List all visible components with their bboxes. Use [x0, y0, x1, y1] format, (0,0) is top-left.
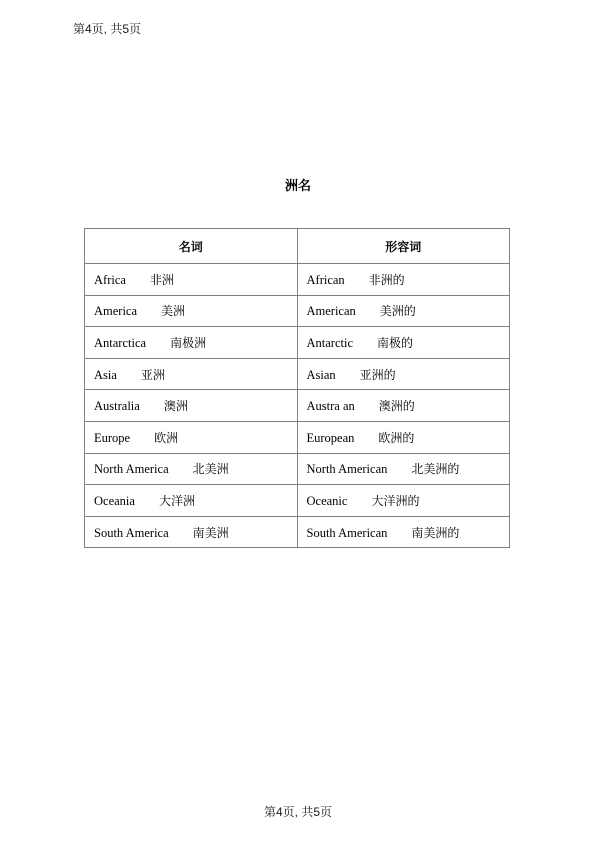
adjective-chinese: 欧洲的	[378, 431, 414, 445]
table-row: Europe欧洲 European欧洲的	[85, 421, 510, 453]
noun-chinese: 南极洲	[170, 336, 206, 350]
noun-chinese: 美洲	[161, 304, 185, 318]
noun-english: Australia	[94, 399, 140, 413]
noun-cell: South America南美洲	[85, 516, 298, 548]
adjective-chinese: 亚洲的	[360, 368, 396, 382]
adjective-cell: Austra an澳洲的	[297, 390, 510, 422]
noun-english: Asia	[94, 368, 117, 382]
continents-table: 名词 形容词 Africa非洲 African非洲的 America美洲 Ame…	[84, 228, 510, 548]
table-header-row: 名词 形容词	[85, 229, 510, 264]
noun-cell: North America北美洲	[85, 453, 298, 485]
table-row: Africa非洲 African非洲的	[85, 264, 510, 296]
noun-chinese: 北美洲	[193, 462, 229, 476]
noun-chinese: 欧洲	[154, 431, 178, 445]
noun-chinese: 澳洲	[164, 399, 188, 413]
noun-cell: Australia澳洲	[85, 390, 298, 422]
adjective-cell: Oceanic大洋洲的	[297, 485, 510, 517]
table-row: North America北美洲 North American北美洲的	[85, 453, 510, 485]
adjective-cell: Asian亚洲的	[297, 358, 510, 390]
adjective-cell: American美洲的	[297, 295, 510, 327]
adjective-english: Austra an	[307, 399, 355, 413]
table-row: Australia澳洲 Austra an澳洲的	[85, 390, 510, 422]
noun-english: America	[94, 304, 137, 318]
noun-english: Antarctica	[94, 336, 146, 350]
adjective-english: European	[307, 431, 355, 445]
noun-chinese: 非洲	[150, 273, 174, 287]
adjective-english: Asian	[307, 368, 336, 382]
adjective-english: Oceanic	[307, 494, 348, 508]
table-header: 名词 形容词	[85, 229, 510, 264]
adjective-chinese: 南美洲的	[411, 526, 459, 540]
column-header-adjective: 形容词	[297, 229, 510, 264]
document-title: 洲名	[0, 175, 596, 194]
adjective-cell: European欧洲的	[297, 421, 510, 453]
adjective-chinese: 北美洲的	[411, 462, 459, 476]
adjective-english: Antarctic	[307, 336, 354, 350]
noun-cell: Europe欧洲	[85, 421, 298, 453]
table-row: Oceania大洋洲 Oceanic大洋洲的	[85, 485, 510, 517]
noun-chinese: 南美洲	[193, 526, 229, 540]
noun-cell: Asia亚洲	[85, 358, 298, 390]
table-row: America美洲 American美洲的	[85, 295, 510, 327]
noun-english: Oceania	[94, 494, 135, 508]
table-row: Antarctica南极洲 Antarctic南极的	[85, 327, 510, 359]
page-number-footer: 第4页, 共5页	[0, 803, 596, 820]
noun-cell: Africa非洲	[85, 264, 298, 296]
adjective-chinese: 大洋洲的	[371, 494, 419, 508]
adjective-chinese: 非洲的	[369, 273, 405, 287]
adjective-cell: South American南美洲的	[297, 516, 510, 548]
adjective-english: North American	[307, 462, 388, 476]
table-row: Asia亚洲 Asian亚洲的	[85, 358, 510, 390]
noun-cell: Antarctica南极洲	[85, 327, 298, 359]
table-body: Africa非洲 African非洲的 America美洲 American美洲…	[85, 264, 510, 548]
adjective-cell: Antarctic南极的	[297, 327, 510, 359]
adjective-cell: African非洲的	[297, 264, 510, 296]
noun-english: South America	[94, 526, 169, 540]
column-header-noun: 名词	[85, 229, 298, 264]
noun-english: North America	[94, 462, 169, 476]
adjective-cell: North American北美洲的	[297, 453, 510, 485]
noun-english: Europe	[94, 431, 130, 445]
adjective-english: American	[307, 304, 356, 318]
document-page: 第4页, 共5页 洲名 名词 形容词 Africa非洲 African非洲的 A…	[0, 0, 596, 842]
adjective-chinese: 澳洲的	[379, 399, 415, 413]
adjective-english: South American	[307, 526, 388, 540]
noun-cell: America美洲	[85, 295, 298, 327]
page-number-header: 第4页, 共5页	[73, 20, 141, 37]
table-row: South America南美洲 South American南美洲的	[85, 516, 510, 548]
noun-chinese: 亚洲	[141, 368, 165, 382]
adjective-english: African	[307, 273, 345, 287]
noun-cell: Oceania大洋洲	[85, 485, 298, 517]
noun-english: Africa	[94, 273, 126, 287]
noun-chinese: 大洋洲	[159, 494, 195, 508]
adjective-chinese: 美洲的	[380, 304, 416, 318]
adjective-chinese: 南极的	[377, 336, 413, 350]
